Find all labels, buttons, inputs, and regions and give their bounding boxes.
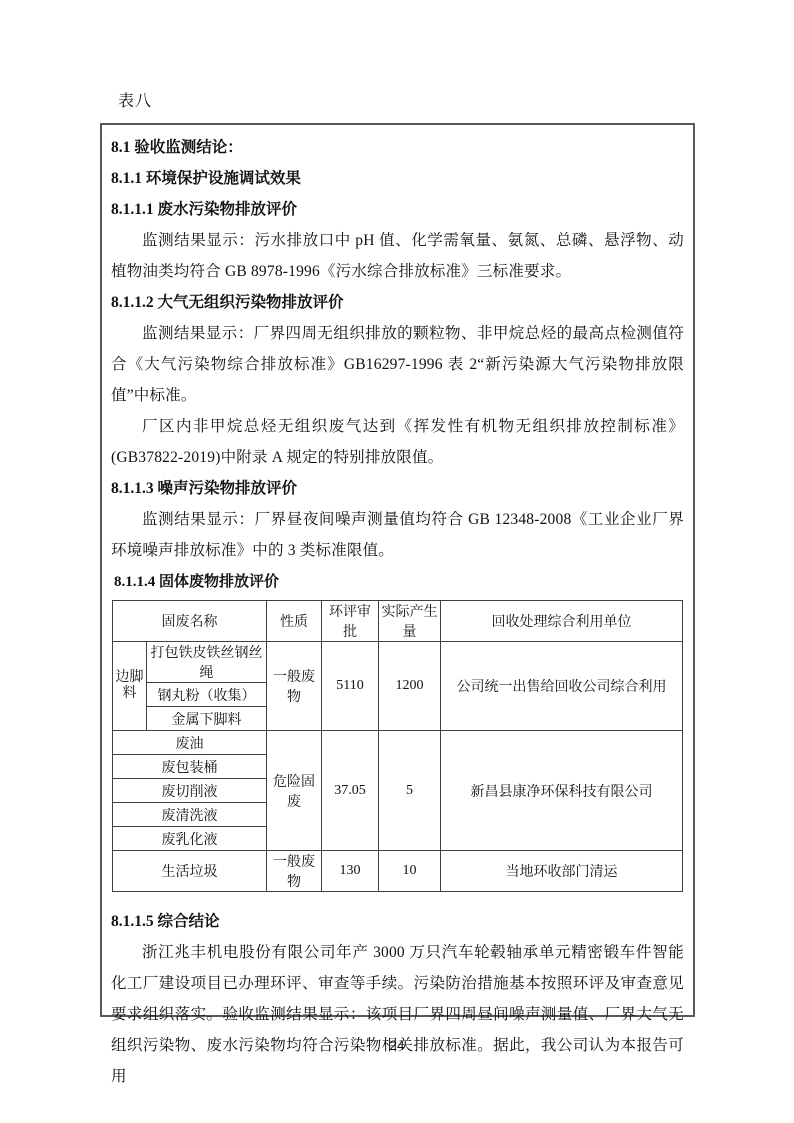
table-row: 废油 危险固废 37.05 5 新昌县康净环保科技有限公司 bbox=[113, 731, 683, 755]
solid-waste-table: 固废名称 性质 环评审批 实际产生量 回收处理综合利用单位 边脚料 打包铁皮铁丝… bbox=[112, 600, 683, 892]
actual-value: 10 bbox=[379, 851, 441, 892]
nature-general: 一般废物 bbox=[267, 642, 322, 731]
waste-item: 废包装桶 bbox=[113, 755, 267, 779]
actual-value: 1200 bbox=[379, 642, 441, 731]
heading-8-1-1: 8.1.1 环境保护设施调试效果 bbox=[111, 163, 684, 194]
col-header-nature: 性质 bbox=[267, 601, 322, 642]
eia-value: 37.05 bbox=[322, 731, 379, 851]
eia-value: 130 bbox=[322, 851, 379, 892]
paragraph-wastewater: 监测结果显示：污水排放口中 pH 值、化学需氧量、氨氮、总磷、悬浮物、动植物油类… bbox=[111, 225, 684, 287]
heading-8-1-1-3: 8.1.1.3 噪声污染物排放评价 bbox=[111, 473, 684, 504]
heading-8-1-1-1: 8.1.1.1 废水污染物排放评价 bbox=[111, 194, 684, 225]
waste-item: 废清洗液 bbox=[113, 803, 267, 827]
recycler-value: 当地环收部门清运 bbox=[441, 851, 683, 892]
paragraph-noise: 监测结果显示：厂界昼夜间噪声测量值均符合 GB 12348-2008《工业企业厂… bbox=[111, 504, 684, 566]
waste-item: 生活垃圾 bbox=[113, 851, 267, 892]
heading-8-1-1-4: 8.1.1.4 固体废物排放评价 bbox=[111, 568, 684, 596]
actual-value: 5 bbox=[379, 731, 441, 851]
table-header-row: 固废名称 性质 环评审批 实际产生量 回收处理综合利用单位 bbox=[113, 601, 683, 642]
table-eight-label: 表八 bbox=[118, 88, 152, 111]
waste-item: 金属下脚料 bbox=[147, 707, 267, 731]
waste-item: 打包铁皮铁丝钢丝绳 bbox=[147, 642, 267, 683]
recycler-value: 公司统一出售给回收公司综合利用 bbox=[441, 642, 683, 731]
nature-general: 一般废物 bbox=[267, 851, 322, 892]
waste-item: 废切削液 bbox=[113, 779, 267, 803]
paragraph-air-1: 监测结果显示：厂界四周无组织排放的颗粒物、非甲烷总烃的最高点检测值符合《大气污染… bbox=[111, 318, 684, 411]
col-header-waste-name: 固废名称 bbox=[113, 601, 267, 642]
col-header-recycler: 回收处理综合利用单位 bbox=[441, 601, 683, 642]
paragraph-conclusion: 浙江兆丰机电股份有限公司年产 3000 万只汽车轮毂轴承单元精密锻车件智能化工厂… bbox=[111, 937, 684, 1092]
heading-8-1-1-5: 8.1.1.5 综合结论 bbox=[111, 906, 684, 937]
col-header-actual-output: 实际产生量 bbox=[379, 601, 441, 642]
waste-item: 废油 bbox=[113, 731, 267, 755]
recycler-value: 新昌县康净环保科技有限公司 bbox=[441, 731, 683, 851]
waste-category-scrap: 边脚料 bbox=[113, 642, 147, 731]
document-page: 表八 8.1 验收监测结论： 8.1.1 环境保护设施调试效果 8.1.1.1 … bbox=[0, 0, 794, 1123]
heading-8-1: 8.1 验收监测结论： bbox=[111, 132, 684, 163]
table-row: 生活垃圾 一般废物 130 10 当地环收部门清运 bbox=[113, 851, 683, 892]
eia-value: 5110 bbox=[322, 642, 379, 731]
report-section-box: 8.1 验收监测结论： 8.1.1 环境保护设施调试效果 8.1.1.1 废水污… bbox=[100, 123, 695, 1017]
waste-item: 钢丸粉（收集） bbox=[147, 683, 267, 707]
paragraph-air-2: 厂区内非甲烷总烃无组织废气达到《挥发性有机物无组织排放控制标准》(GB37822… bbox=[111, 411, 684, 473]
heading-8-1-1-2: 8.1.1.2 大气无组织污染物排放评价 bbox=[111, 287, 684, 318]
waste-item: 废乳化液 bbox=[113, 827, 267, 851]
nature-hazardous: 危险固废 bbox=[267, 731, 322, 851]
page-number: 24 bbox=[0, 1038, 794, 1053]
col-header-eia-approved: 环评审批 bbox=[322, 601, 379, 642]
table-row: 边脚料 打包铁皮铁丝钢丝绳 一般废物 5110 1200 公司统一出售给回收公司… bbox=[113, 642, 683, 683]
